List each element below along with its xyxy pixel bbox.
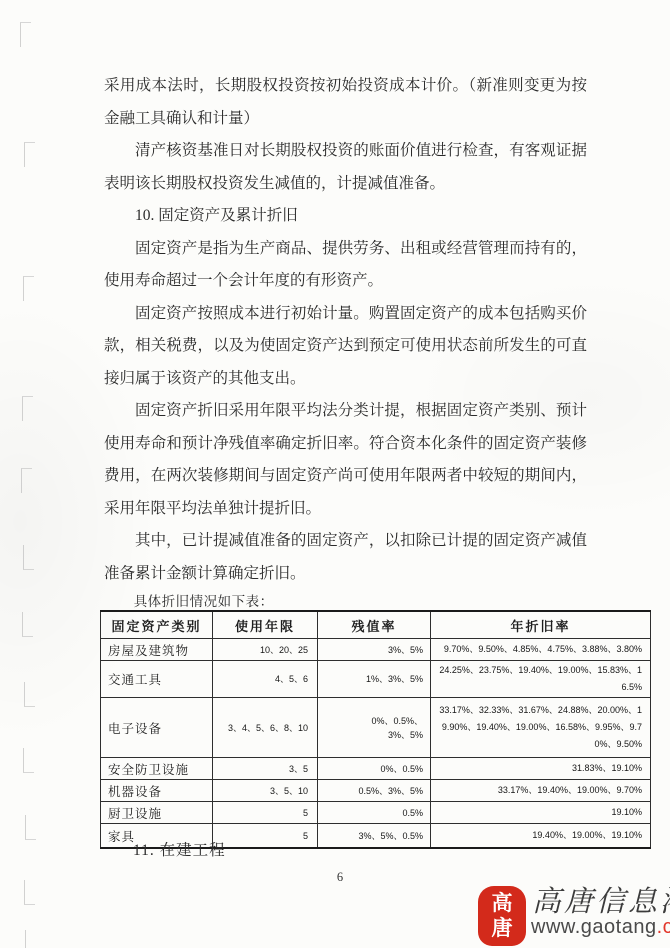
binding-mark <box>25 930 36 948</box>
cell-depreciation-rate: 19.40%、19.00%、19.10% <box>431 824 651 849</box>
cell-category: 电子设备 <box>101 698 213 758</box>
binding-mark <box>24 682 35 707</box>
binding-mark <box>20 22 31 47</box>
watermark-site-name: 高唐信息港 <box>532 879 670 920</box>
watermark: 高 唐 高唐信息港 www.gaotang.cc <box>476 883 670 948</box>
seal-char-bottom: 唐 <box>492 916 513 941</box>
table-row: 机器设备 3、5、10 0.5%、3%、5% 33.17%、19.40%、19.… <box>101 780 651 802</box>
table-header-row: 固定资产类别 使用年限 残值率 年折旧率 <box>101 611 651 639</box>
scanned-document-page: 采用成本法时，长期股权投资按初始投资成本计价。（新准则变更为按金融工具确认和计量… <box>0 0 670 948</box>
document-body: 采用成本法时，长期股权投资按初始投资成本计价。（新准则变更为按金融工具确认和计量… <box>104 70 587 612</box>
table-row: 电子设备 3、4、5、6、8、10 0%、0.5%、3%、5% 33.17%、3… <box>101 698 651 758</box>
cell-depreciation-rate: 31.83%、19.10% <box>431 758 651 780</box>
gaotang-seal-logo: 高 唐 <box>478 886 526 946</box>
table-row: 安全防卫设施 3、5 0%、0.5% 31.83%、19.10% <box>101 758 651 780</box>
cell-residual-rate: 3%、5% <box>318 639 431 661</box>
paragraph-depreciation-method: 固定资产折旧采用年限平均法分类计提，根据固定资产类别、预计使用寿命和预计净残值率… <box>104 395 587 525</box>
cell-residual-rate: 0.5% <box>318 802 431 824</box>
table-row: 交通工具 4、5、6 1%、3%、5% 24.25%、23.75%、19.40%… <box>101 661 651 698</box>
section-heading-10: 10. 固定资产及累计折旧 <box>104 200 587 233</box>
table-intro-line: 具体折旧情况如下表： <box>104 591 587 612</box>
binding-mark <box>22 396 33 421</box>
cell-useful-life: 4、5、6 <box>213 661 318 698</box>
col-header-useful-life: 使用年限 <box>213 611 318 639</box>
cell-residual-rate: 0%、0.5% <box>318 758 431 780</box>
paragraph-impairment-provision: 其中，已计提减值准备的固定资产，以扣除已计提的固定资产减值准备累计金额计算确定折… <box>104 525 587 590</box>
paragraph-initial-measurement: 固定资产按照成本进行初始计量。购置固定资产的成本包括购买价款，相关税费，以及为使… <box>104 298 587 396</box>
col-header-residual-rate: 残值率 <box>318 611 431 639</box>
url-main: www.gaotang <box>531 916 657 938</box>
binding-mark <box>22 612 33 637</box>
binding-mark <box>25 815 36 840</box>
cell-depreciation-rate: 33.17%、32.33%、31.67%、24.88%、20.00%、19.90… <box>431 698 651 758</box>
paragraph-fixed-asset-definition: 固定资产是指为生产商品、提供劳务、出租或经营管理而持有的，使用寿命超过一个会计年… <box>104 233 587 298</box>
cell-useful-life: 5 <box>213 802 318 824</box>
cell-useful-life: 3、5、10 <box>213 780 318 802</box>
cell-useful-life: 5 <box>213 824 318 849</box>
cell-depreciation-rate: 24.25%、23.75%、19.40%、19.00%、15.83%、16.5% <box>431 661 651 698</box>
cell-useful-life: 10、20、25 <box>213 639 318 661</box>
col-header-asset-category: 固定资产类别 <box>101 611 213 639</box>
table-row: 房屋及建筑物 10、20、25 3%、5% 9.70%、9.50%、4.85%、… <box>101 639 651 661</box>
cell-category: 机器设备 <box>101 780 213 802</box>
paragraph-liquidation-check: 清产核资基准日对长期股权投资的账面价值进行检查，有客观证据表明该长期股权投资发生… <box>104 135 587 200</box>
binding-mark <box>21 468 32 493</box>
binding-mark <box>23 545 34 570</box>
cell-category: 交通工具 <box>101 661 213 698</box>
cell-residual-rate: 0%、0.5%、3%、5% <box>318 698 431 758</box>
url-tld: .cc <box>657 916 670 938</box>
cell-category: 厨卫设施 <box>101 802 213 824</box>
cell-depreciation-rate: 33.17%、19.40%、19.00%、9.70% <box>431 780 651 802</box>
paragraph-cost-method: 采用成本法时，长期股权投资按初始投资成本计价。（新准则变更为按金融工具确认和计量… <box>104 70 587 135</box>
cell-depreciation-rate: 9.70%、9.50%、4.85%、4.75%、3.88%、3.80% <box>431 639 651 661</box>
section-heading-11: 11. 在建工程 <box>133 838 226 860</box>
cell-residual-rate: 0.5%、3%、5% <box>318 780 431 802</box>
cell-useful-life: 3、4、5、6、8、10 <box>213 698 318 758</box>
table-row: 厨卫设施 5 0.5% 19.10% <box>101 802 651 824</box>
binding-mark <box>24 142 35 167</box>
binding-mark <box>23 276 34 301</box>
cell-residual-rate: 3%、5%、0.5% <box>318 824 431 849</box>
cell-category: 安全防卫设施 <box>101 758 213 780</box>
cell-residual-rate: 1%、3%、5% <box>318 661 431 698</box>
cell-useful-life: 3、5 <box>213 758 318 780</box>
cell-category: 房屋及建筑物 <box>101 639 213 661</box>
cell-depreciation-rate: 19.10% <box>431 802 651 824</box>
binding-mark <box>23 748 34 773</box>
col-header-annual-depreciation-rate: 年折旧率 <box>431 611 651 639</box>
depreciation-table: 固定资产类别 使用年限 残值率 年折旧率 房屋及建筑物 10、20、25 3%、… <box>100 610 651 849</box>
seal-char-top: 高 <box>492 891 513 916</box>
watermark-site-url: www.gaotang.cc <box>531 916 670 939</box>
